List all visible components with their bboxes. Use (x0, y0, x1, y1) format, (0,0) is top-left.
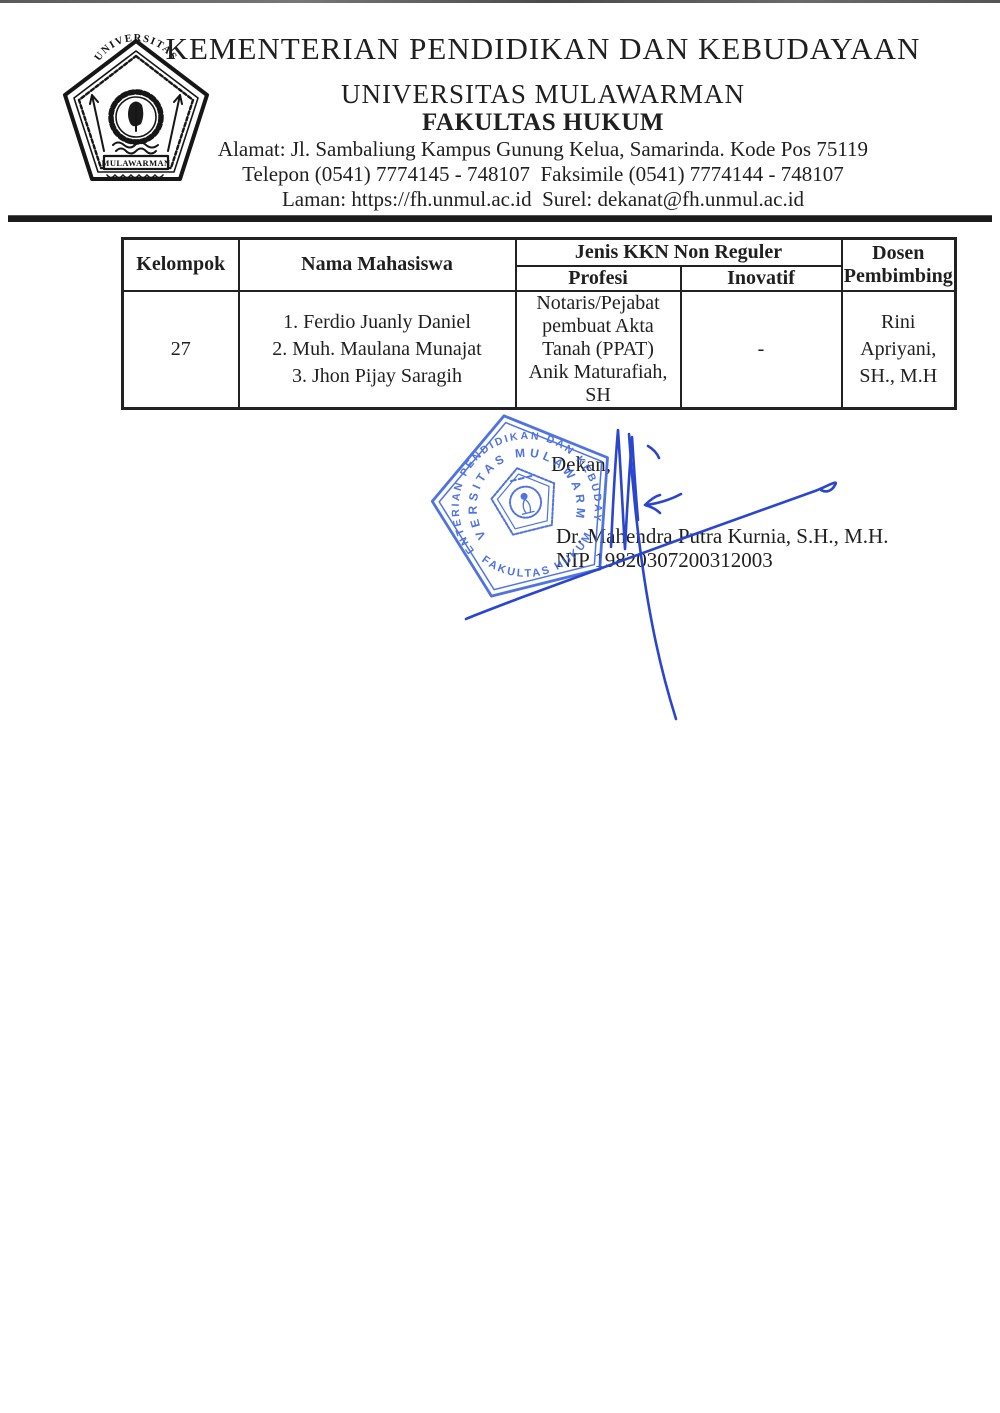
handwritten-signature (430, 408, 880, 738)
header-kelompok: Kelompok (123, 239, 239, 291)
letterhead-divider (8, 215, 992, 222)
address-line: Alamat: Jl. Sambaliung Kampus Gunung Kel… (86, 137, 1000, 162)
header-profesi: Profesi (516, 266, 681, 291)
cell-student-names: 1. Ferdio Juanly Daniel2. Muh. Maulana M… (239, 291, 516, 409)
letterhead: KEMENTERIAN PENDIDIKAN DAN KEBUDAYAAN UN… (86, 30, 1000, 212)
header-nama-mahasiswa: Nama Mahasiswa (239, 239, 516, 291)
web-email-line: Laman: https://fh.unmul.ac.id Surel: dek… (86, 187, 1000, 212)
signature-ink-icon (430, 408, 880, 738)
scan-artifact-line (0, 0, 1000, 3)
header-jenis-kkn: Jenis KKN Non Reguler (516, 239, 842, 266)
header-dosen-pembimbing: Dosen Pembimbing (842, 239, 956, 291)
university-name: UNIVERSITAS MULAWARMAN (86, 80, 1000, 109)
faculty-name: FAKULTAS HUKUM (86, 109, 1000, 137)
cell-profesi: Notaris/Pejabatpembuat AktaTanah (PPAT)A… (516, 291, 681, 409)
cell-kelompok: 27 (123, 291, 239, 409)
scanned-letter-page: UNIVERSITAS MULAWARMAN KEMENTERIAN PENDI… (0, 0, 1000, 1413)
table-row: 27 1. Ferdio Juanly Daniel2. Muh. Maulan… (123, 291, 956, 409)
ministry-name: KEMENTERIAN PENDIDIKAN DAN KEBUDAYAAN (86, 30, 1000, 68)
cell-dosen-pembimbing: RiniApriyani,SH., M.H (842, 291, 956, 409)
phone-fax-line: Telepon (0541) 7774145 - 748107 Faksimil… (86, 162, 1000, 187)
kkn-group-table: Kelompok Nama Mahasiswa Jenis KKN Non Re… (121, 237, 957, 410)
header-inovatif: Inovatif (681, 266, 842, 291)
cell-inovatif: - (681, 291, 842, 409)
